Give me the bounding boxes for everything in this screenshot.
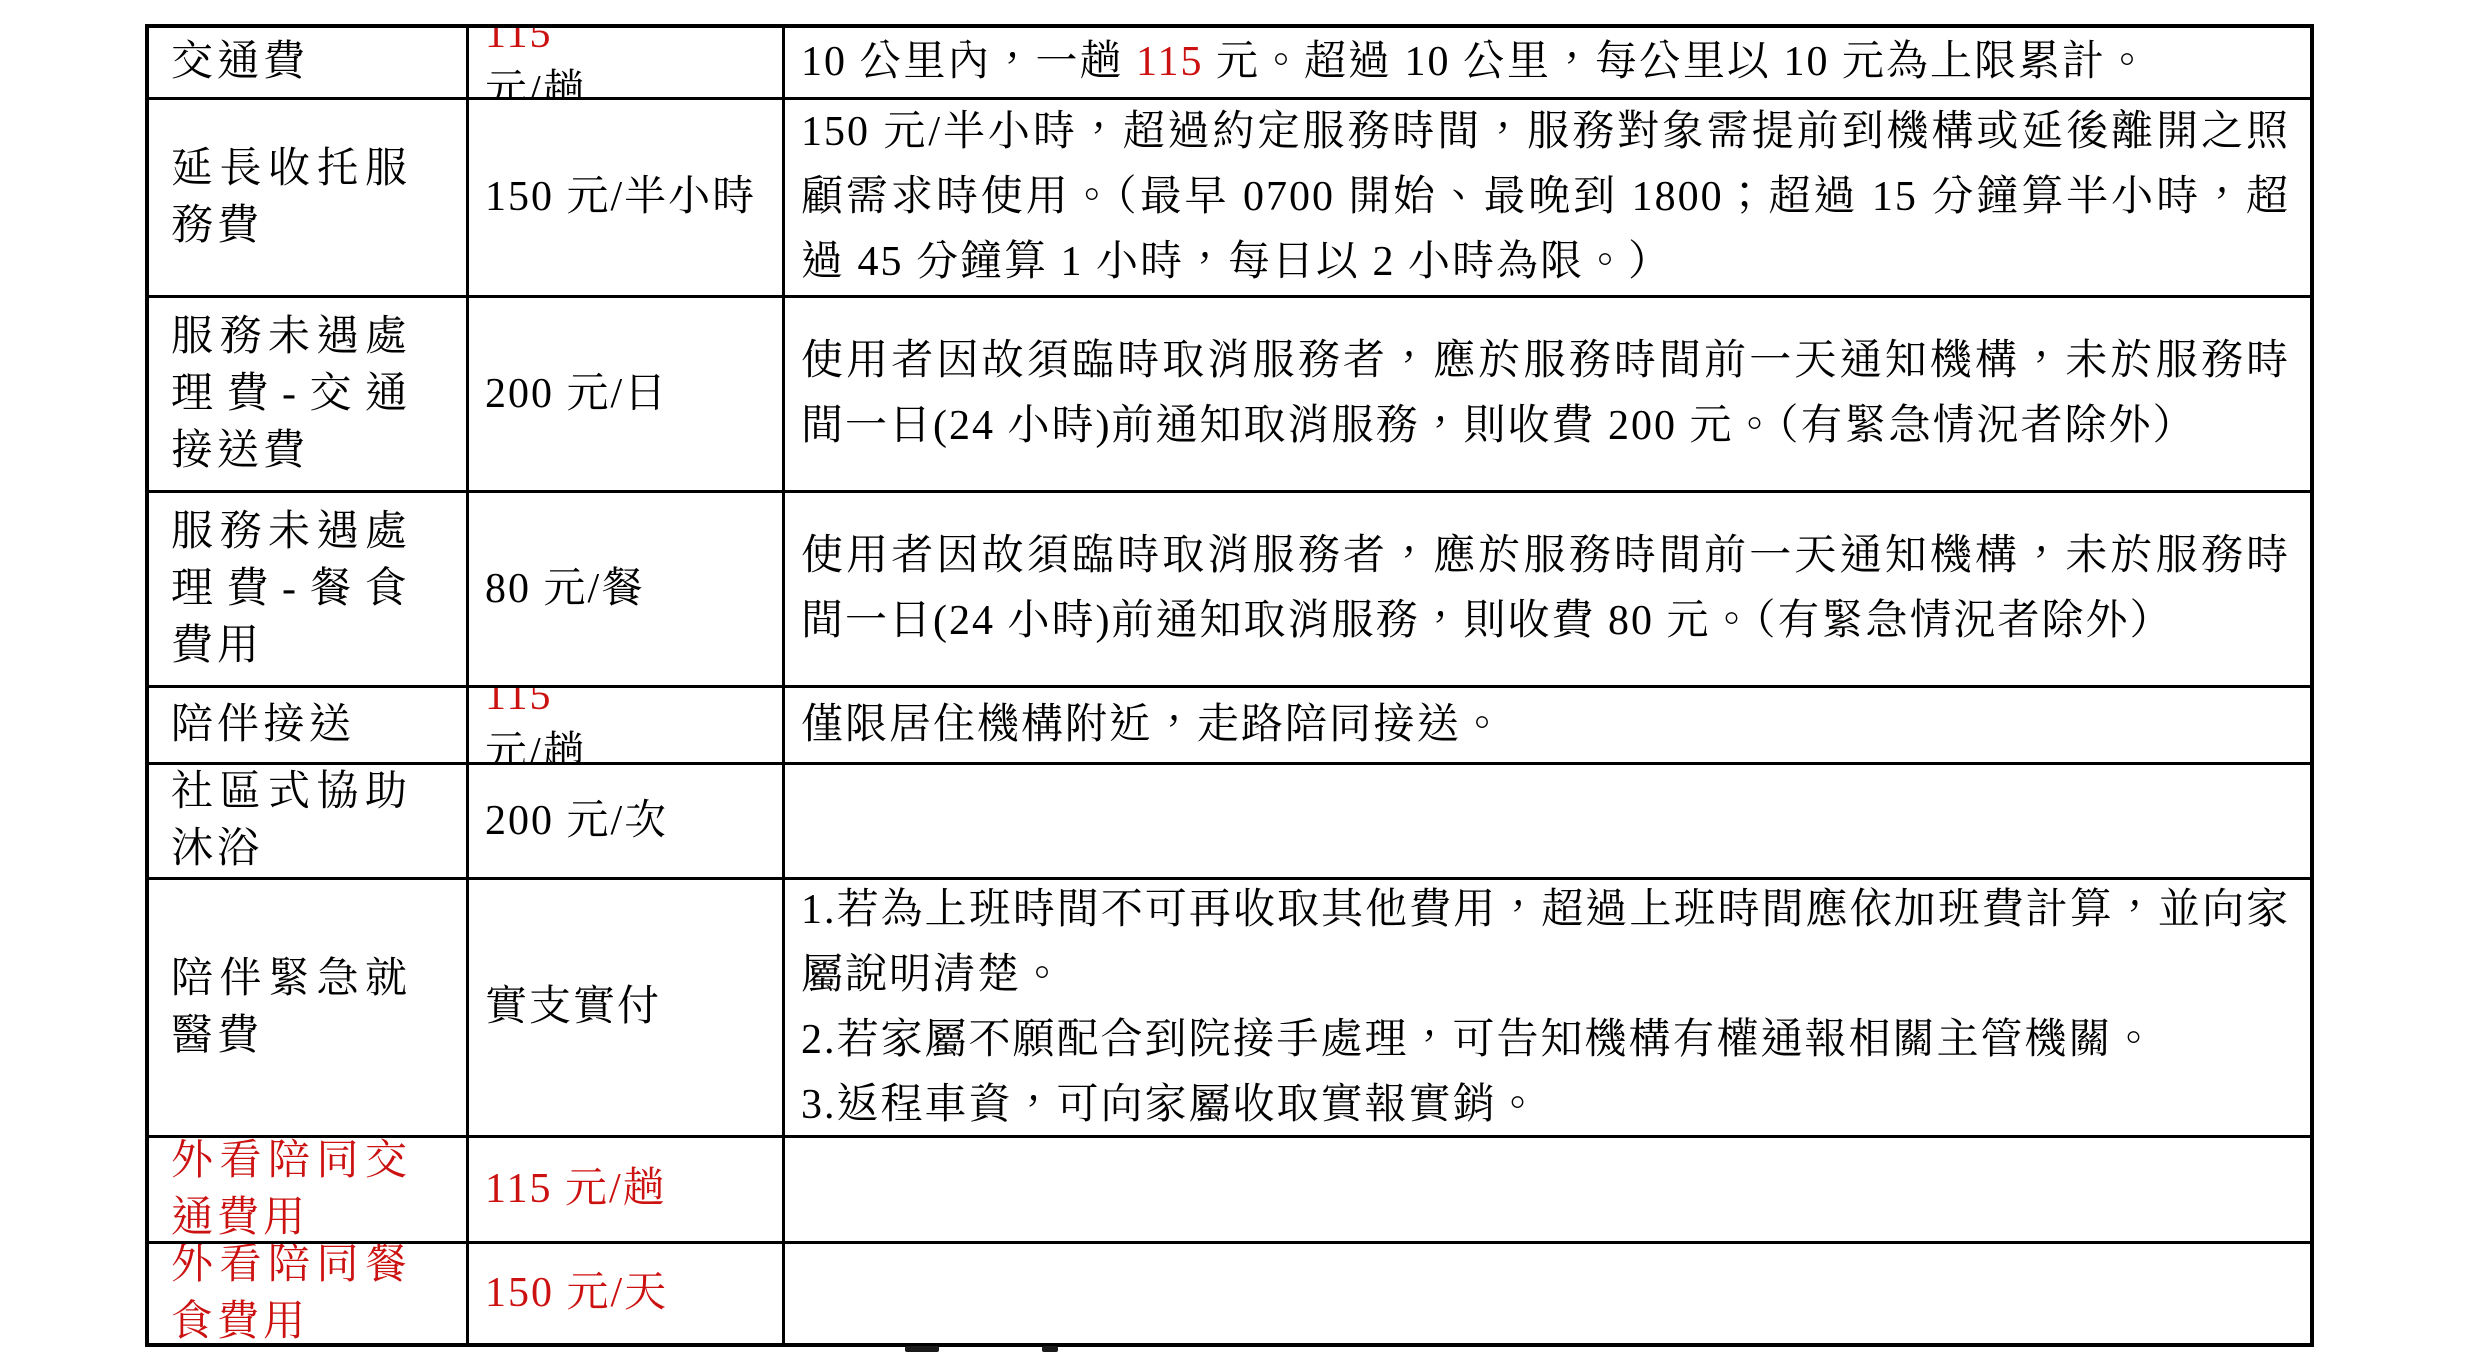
text-segment: 80 元/餐: [485, 561, 774, 618]
fee-amount-cell: 200 元/次: [466, 762, 782, 877]
fee-amount-cell: 200 元/日: [466, 295, 782, 490]
text-segment: 1.若為上班時間不可再收取其他費用，超過上班時間應依加班費計算，並向家屬說明清楚…: [801, 887, 2290, 998]
text-segment: 實支實付: [485, 979, 774, 1036]
fee-amount-cell: 115 元/趟: [466, 1135, 782, 1241]
fee-item-cell: 社區式協助沐浴: [149, 762, 466, 877]
text-segment: 使用者因故須臨時取消服務者，應於服務時間前一天通知機構，未於服務時間一日(24 …: [801, 533, 2290, 644]
description-paragraph: 使用者因故須臨時取消服務者，應於服務時間前一天通知機構，未於服務時間一日(24 …: [801, 524, 2290, 654]
fee-amount-cell: 實支實付: [466, 877, 782, 1135]
description-paragraph: 2.若家屬不願配合到院接手處理，可告知機構有權通報相關主管機關。: [801, 1008, 2290, 1073]
red-text-segment: 115 元/趟: [485, 1161, 774, 1218]
fee-amount-cell: 150 元/天: [466, 1241, 782, 1343]
fee-amount-cell: 80 元/餐: [466, 490, 782, 685]
fee-amount-cell: 115 元/趟: [466, 28, 782, 97]
text-segment: 3.返程車資，可向家屬收取實報實銷。: [801, 1082, 1541, 1128]
red-text-segment: 外看陪同交通費用: [171, 1135, 411, 1241]
cutoff-mark: [1042, 1346, 1058, 1352]
text-segment: 陪伴緊急就醫費: [171, 951, 411, 1065]
fee-description-cell: 1.若為上班時間不可再收取其他費用，超過上班時間應依加班費計算，並向家屬說明清楚…: [782, 877, 2310, 1135]
text-segment: 元。超過 10 公里，每公里以 10 元為上限累計。: [1203, 39, 2150, 85]
fee-amount-cell: 150 元/半小時: [466, 97, 782, 295]
text-segment: 使用者因故須臨時取消服務者，應於服務時間前一天通知機構，未於服務時間一日(24 …: [801, 338, 2290, 449]
text-segment: 2.若家屬不願配合到院接手處理，可告知機構有權通報相關主管機關。: [801, 1017, 2157, 1063]
text-segment: 服務未遇處理費-餐食費用: [171, 504, 411, 675]
red-text-segment: 115: [1136, 39, 1203, 85]
text-segment: 10 公里內，一趟: [801, 39, 1136, 85]
fee-item-cell: 交通費: [149, 28, 466, 97]
red-text-segment: 外看陪同餐食費用: [171, 1241, 411, 1343]
cutoff-mark: [905, 1346, 939, 1352]
fee-description-cell: 使用者因故須臨時取消服務者，應於服務時間前一天通知機構，未於服務時間一日(24 …: [782, 490, 2310, 685]
text-segment: 延長收托服務費: [171, 141, 411, 255]
text-segment: 元/趟: [485, 63, 774, 98]
document-page: 交通費115 元/趟10 公里內，一趟 115 元。超過 10 公里，每公里以 …: [0, 0, 2482, 1352]
description-paragraph: 10 公里內，一趟 115 元。超過 10 公里，每公里以 10 元為上限累計。: [801, 30, 2290, 95]
fee-item-cell: 外看陪同餐食費用: [149, 1241, 466, 1343]
description-paragraph: 3.返程車資，可向家屬收取實報實銷。: [801, 1073, 2290, 1136]
text-segment: 交通費: [171, 34, 411, 91]
description-paragraph: 150 元/半小時，超過約定服務時間，服務對象需提前到機構或延後離開之照顧需求時…: [801, 100, 2290, 295]
red-text-segment: 115: [485, 28, 774, 63]
text-segment: 200 元/次: [485, 793, 774, 850]
fee-item-cell: 服務未遇處理費-餐食費用: [149, 490, 466, 685]
fee-table: 交通費115 元/趟10 公里內，一趟 115 元。超過 10 公里，每公里以 …: [145, 24, 2314, 1347]
fee-item-cell: 延長收托服務費: [149, 97, 466, 295]
text-segment: 200 元/日: [485, 366, 774, 423]
fee-description-cell: [782, 1241, 2310, 1343]
description-paragraph: 僅限居住機構附近，走路陪同接送。: [801, 693, 2290, 758]
text-segment: 陪伴接送: [171, 697, 411, 754]
fee-item-cell: 服務未遇處理費-交通接送費: [149, 295, 466, 490]
text-segment: 服務未遇處理費-交通接送費: [171, 309, 411, 480]
red-text-segment: 115: [485, 685, 774, 725]
fee-description-cell: 10 公里內，一趟 115 元。超過 10 公里，每公里以 10 元為上限累計。: [782, 28, 2310, 97]
text-segment: 元/趟: [485, 725, 774, 762]
fee-item-cell: 陪伴緊急就醫費: [149, 877, 466, 1135]
description-paragraph: 使用者因故須臨時取消服務者，應於服務時間前一天通知機構，未於服務時間一日(24 …: [801, 329, 2290, 459]
fee-description-cell: 使用者因故須臨時取消服務者，應於服務時間前一天通知機構，未於服務時間一日(24 …: [782, 295, 2310, 490]
fee-item-cell: 外看陪同交通費用: [149, 1135, 466, 1241]
fee-description-cell: 150 元/半小時，超過約定服務時間，服務對象需提前到機構或延後離開之照顧需求時…: [782, 97, 2310, 295]
text-segment: 僅限居住機構附近，走路陪同接送。: [801, 702, 1505, 748]
text-segment: 150 元/半小時，超過約定服務時間，服務對象需提前到機構或延後離開之照顧需求時…: [801, 109, 2290, 285]
fee-amount-cell: 115 元/趟: [466, 685, 782, 762]
fee-item-cell: 陪伴接送: [149, 685, 466, 762]
red-text-segment: 150 元/天: [485, 1265, 774, 1322]
fee-description-cell: [782, 762, 2310, 877]
text-segment: 社區式協助沐浴: [171, 764, 411, 877]
text-segment: 150 元/半小時: [485, 169, 774, 226]
fee-description-cell: [782, 1135, 2310, 1241]
fee-description-cell: 僅限居住機構附近，走路陪同接送。: [782, 685, 2310, 762]
description-paragraph: 1.若為上班時間不可再收取其他費用，超過上班時間應依加班費計算，並向家屬說明清楚…: [801, 878, 2290, 1008]
